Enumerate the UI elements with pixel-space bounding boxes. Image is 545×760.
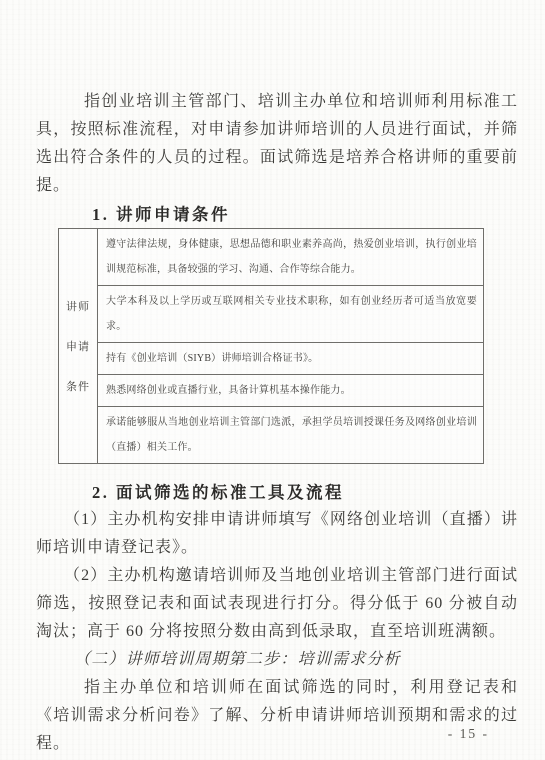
requirements-table: 讲师 申请 条件 遵守法律法规，身体健康，思想品德和职业素养高尚，热爱创业培训，… [58, 228, 484, 464]
procedure-item-2: （2）主办机构邀请培训师及当地创业培训主管部门进行面试筛选，按照登记表和面试表现… [36, 562, 518, 646]
procedure-item-1: （1）主办机构安排申请讲师填写《网络创业培训（直播）讲师培训申请登记表》。 [36, 506, 518, 562]
table-body: 遵守法律法规，身体健康，思想品德和职业素养高尚，热爱创业培训，执行创业培训规范标… [98, 229, 483, 463]
table-row-header-cell: 讲师 申请 条件 [59, 229, 98, 463]
subsection-heading: （二）讲师培训周期第二步：培训需求分析 [36, 646, 518, 674]
section-1-heading: 1. 讲师申请条件 [36, 201, 518, 228]
document-page: 指创业培训主管部门、培训主办单位和培训师利用标准工具，按照标准流程，对申请参加讲… [0, 0, 545, 760]
closing-paragraph: 指主办单位和培训师在面试筛选的同时，利用登记表和《培训需求分析问卷》了解、分析申… [36, 674, 518, 758]
intro-paragraph: 指创业培训主管部门、培训主办单位和培训师利用标准工具，按照标准流程，对申请参加讲… [36, 88, 518, 200]
row-header-label: 申请 [66, 338, 90, 354]
table-row: 熟悉网络创业或直播行业，具备计算机基本操作能力。 [98, 374, 483, 406]
table-row: 持有《创业培训（SIYB）讲师培训合格证书》。 [98, 342, 483, 374]
row-header-label: 讲师 [66, 298, 90, 314]
table-row: 遵守法律法规，身体健康，思想品德和职业素养高尚，热爱创业培训，执行创业培训规范标… [98, 229, 483, 285]
table-row: 大学本科及以上学历或互联网相关专业技术职称，如有创业经历者可适当放宽要求。 [98, 285, 483, 342]
section-2-heading: 2. 面试筛选的标准工具及流程 [36, 479, 518, 506]
table-row: 承诺能够服从当地创业培训主管部门选派，承担学员培训授课任务及网络创业培训（直播）… [98, 406, 483, 463]
page-number: - 15 - [448, 726, 489, 742]
page-content: 指创业培训主管部门、培训主办单位和培训师利用标准工具，按照标准流程，对申请参加讲… [36, 88, 518, 758]
row-header-label: 条件 [66, 378, 90, 394]
